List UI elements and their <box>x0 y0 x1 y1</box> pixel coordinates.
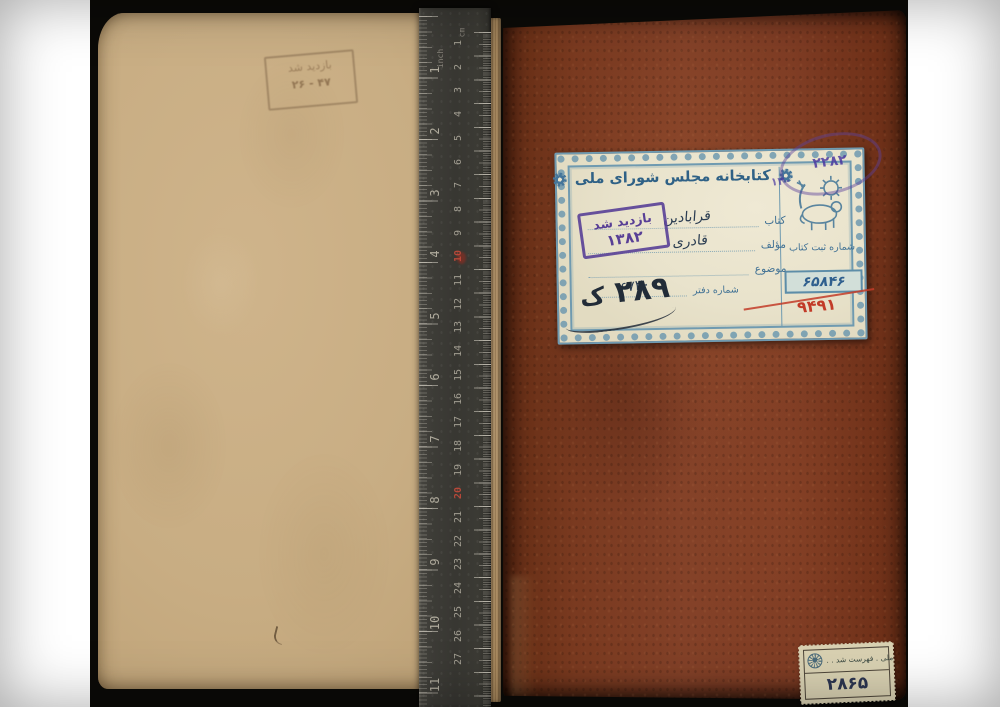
ruler-number: 21 <box>453 507 465 527</box>
ruler-inch-ticks <box>419 16 438 707</box>
lion-and-sun-small-icon <box>807 653 823 669</box>
catalog-number: ۲۸۶۵ <box>826 674 868 696</box>
ruler-number: 9 <box>453 223 465 243</box>
catalog-label-frame: ملی . فهرست شد . . ۲۸۶۵ <box>803 646 891 700</box>
field-label: شماره دفتر <box>687 285 739 297</box>
field-value-handwritten: قادری <box>672 232 708 250</box>
ruler-number: 27 <box>453 649 465 669</box>
faint-stamp-number: ۴۷ - ۲۶ <box>268 73 355 93</box>
ruler-number: 24 <box>453 578 465 598</box>
ruler-number: 4 <box>429 244 441 264</box>
ruler-number: 10 <box>429 613 441 633</box>
flyleaf-page: بازدید شد ۴۷ - ۲۶ <box>98 13 421 689</box>
ruler-number: 25 <box>453 602 465 622</box>
ruler-number: 19 <box>453 460 465 480</box>
catalog-label: ملی . فهرست شد . . ۲۸۶۵ <box>799 642 895 704</box>
field-label: مؤلف <box>755 239 786 252</box>
leather-grain <box>503 10 906 700</box>
ruler-number: 6 <box>453 152 465 172</box>
ruler-number: 3 <box>429 183 441 203</box>
ruler-number: 11 <box>429 675 441 695</box>
ruler-number: 2 <box>453 57 465 77</box>
ruler-number: 16 <box>453 389 465 409</box>
ruler-number: 14 <box>453 341 465 361</box>
ruler-number: 6 <box>429 367 441 387</box>
ruler-inch-quarter-ticks <box>419 16 432 707</box>
field-label: موضوع <box>749 263 787 276</box>
ruler-inch-fine-ticks <box>419 16 427 707</box>
bookplate-label: کتابخانه مجلس شورای ملی شماره ثبت کتاب <box>554 147 867 344</box>
ruler-number: 7 <box>429 429 441 449</box>
field-value-handwritten: قرابادین <box>662 208 711 227</box>
ruler-number: 8 <box>429 490 441 510</box>
ruler-number: 17 <box>453 412 465 432</box>
ruler: inch cm 12345678910111234567891011121314… <box>419 8 491 707</box>
leather-scuff <box>511 576 537 696</box>
ruler-number: 23 <box>453 554 465 574</box>
oval-stamp-inner-number: ۱۳۰ <box>770 174 791 189</box>
ruler-number: 1 <box>429 60 441 80</box>
ruler-number: 26 <box>453 626 465 646</box>
faint-inspection-stamp: بازدید شد ۴۷ - ۲۶ <box>264 49 358 111</box>
ruler-number: 20 <box>453 483 465 503</box>
ruler-number: 8 <box>453 199 465 219</box>
register-number-box: ۶۵۸۴۶ <box>784 269 862 293</box>
ruler-number: 10 <box>453 246 465 266</box>
ruler-number: 13 <box>453 317 465 337</box>
digitized-book-scan: بازدید شد ۴۷ - ۲۶ inch cm 12345678910111… <box>0 0 1000 707</box>
shelf-letter: ک <box>579 282 606 312</box>
shelf-number: ۲۸۹ <box>613 270 671 311</box>
ruler-number: 7 <box>453 175 465 195</box>
library-title: کتابخانه مجلس شورای ملی <box>575 168 771 187</box>
ruler-halfcm-ticks <box>479 32 491 707</box>
catalog-label-bottom-row: ۲۸۶۵ <box>805 670 890 699</box>
ruler-cm-ticks <box>474 32 491 707</box>
ruler-number: 3 <box>453 80 465 100</box>
ruler-number: 1 <box>453 33 465 53</box>
ruler-number: 15 <box>453 365 465 385</box>
photo-backdrop: بازدید شد ۴۷ - ۲۶ inch cm 12345678910111… <box>90 0 908 707</box>
ruler-number: 22 <box>453 531 465 551</box>
ruler-number: 5 <box>429 306 441 326</box>
ruler-number: 12 <box>453 294 465 314</box>
register-caption: شماره ثبت کتاب <box>782 241 862 253</box>
catalog-status-text: ملی . فهرست شد . . <box>826 653 893 665</box>
ruler-number: 4 <box>453 104 465 124</box>
ruler-number: 9 <box>429 552 441 572</box>
register-number: ۶۵۸۴۶ <box>801 273 847 290</box>
book-cover <box>503 10 906 700</box>
bookplate-header: کتابخانه مجلس شورای ملی <box>571 163 775 193</box>
ruler-number: 2 <box>429 121 441 141</box>
paper-texture <box>98 13 421 689</box>
ruler-number: 5 <box>453 128 465 148</box>
ruler-number: 18 <box>453 436 465 456</box>
field-label: کتاب <box>758 215 785 227</box>
ruler-mm-ticks <box>483 32 491 707</box>
ruler-number: 11 <box>453 270 465 290</box>
